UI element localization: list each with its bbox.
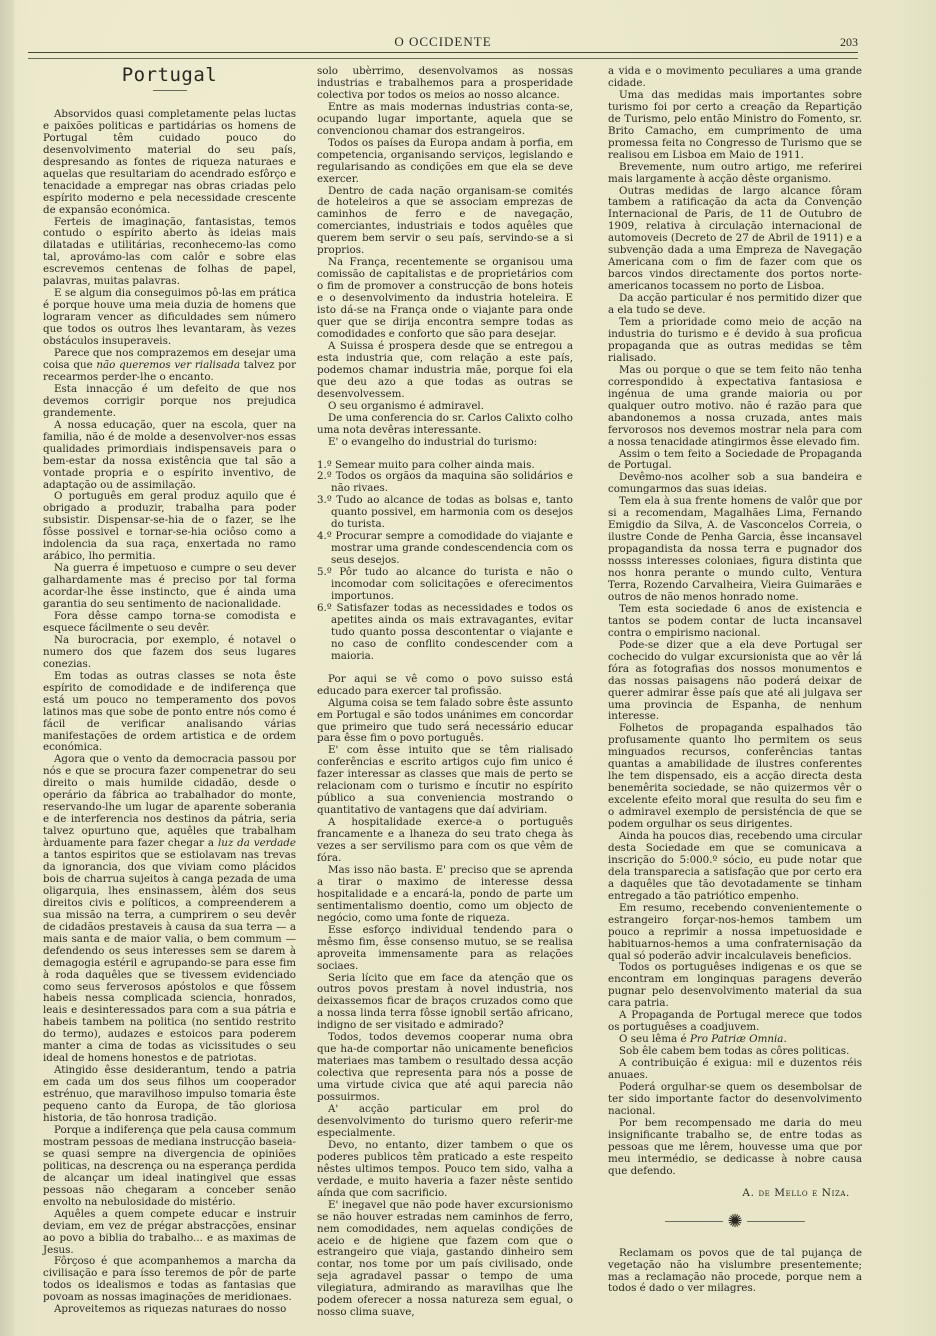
- paragraph: Dentro de cada nação organisam-se comité…: [317, 186, 573, 258]
- next-article-paragraph: Reclamam os povos que de tal pujança de …: [608, 1248, 862, 1296]
- paragraph: Fora dêsse campo torna-se comodista e es…: [43, 611, 296, 635]
- paragraph: Na burocracia, por exemplo, é notavel o …: [43, 635, 296, 671]
- paragraph: Na França, recentemente se organisou uma…: [317, 257, 573, 341]
- list-text: Semear muito para colher ainda mais.: [335, 459, 535, 471]
- paragraph: A nossa educação, quer na escola, quer n…: [43, 420, 296, 492]
- paragraph: Mas isso não basta. E' preciso que se ap…: [317, 865, 573, 925]
- header-double-rule: [28, 52, 858, 59]
- list-number: 3.º: [317, 495, 332, 507]
- motto: Pro Patriæ Omnia.: [690, 1033, 787, 1045]
- paragraph: Todos, todos devemos cooperar numa obra …: [317, 1032, 573, 1104]
- paragraph: Aquêles a quem compete educar e instruir…: [43, 1209, 296, 1257]
- paragraph: Em resumo, recebendo convenientemente o …: [608, 903, 862, 963]
- paragraph: A contribuição é exigua: mil e duzentos …: [608, 1058, 862, 1082]
- paragraph: Em todas as outras classes se nota êste …: [43, 671, 296, 755]
- paragraph: Poderá orgulhar-se quem os desembolsar d…: [608, 1082, 862, 1118]
- paragraph: Folhetos de propaganda espalhados tão pr…: [608, 723, 862, 831]
- paragraph: Entre as mais modernas industrias conta-…: [317, 102, 573, 138]
- paragraph: Na guerra é impetuoso e cumpre o seu dev…: [43, 563, 296, 611]
- paragraph: Aproveitemos as riquezas naturaes do nos…: [43, 1304, 296, 1316]
- paragraph: Parece que nos comprazemos em desejar um…: [43, 348, 296, 384]
- paragraph: O seu organismo é admiravel.: [317, 401, 573, 413]
- column-2: solo ubèrrimo, desenvolvamos as nossas i…: [317, 66, 573, 1319]
- paragraph: Ferteis de imaginação, fantasistas, temo…: [43, 217, 296, 289]
- paragraph: Devo, no entanto, dizer tambem o que os …: [317, 1140, 573, 1200]
- text-run: a tantos espiritos que se estiolavam nas…: [43, 849, 296, 1064]
- column-3: a vida e o movimento peculiares a uma gr…: [608, 66, 862, 1295]
- list-number: 2.º: [317, 471, 332, 483]
- italic-phrase: luz da verdade: [218, 837, 296, 849]
- paragraph: Agora que o vento da democracia passou p…: [43, 754, 296, 1065]
- paragraph: Brevemente, num outro artigo, me referir…: [608, 162, 862, 186]
- list-text: Satisfazer todas as necessidades e todos…: [331, 602, 573, 662]
- list-number: 5.º: [317, 567, 332, 579]
- paragraph: A Suissa é prospera desde que se entrego…: [317, 341, 573, 401]
- section-divider: ✺: [665, 1210, 805, 1234]
- paragraph: Alguma coisa se tem falado sobre êste as…: [317, 698, 573, 746]
- paragraph: Tem ela à sua frente homens de valôr que…: [608, 496, 862, 604]
- star-ornament-icon: ✺: [723, 1210, 747, 1234]
- list-item: 6.º Satisfazer todas as necessidades e t…: [317, 603, 573, 663]
- list-item: 5.º Pôr tudo ao alcance do turista e não…: [317, 567, 573, 603]
- page-gutter-edge: [0, 0, 14, 1336]
- paragraph: Mas ou porque o que se tem feito não ten…: [608, 365, 862, 449]
- text-run: Agora que o vento da democracia passou p…: [43, 753, 296, 849]
- paragraph: Todos os portuguêses indigenas e os que …: [608, 962, 862, 1010]
- paragraph: Tem a prioridade como meio de acção na i…: [608, 317, 862, 365]
- paragraph: O português em geral produz aquilo que é…: [43, 491, 296, 563]
- list-item: 4.º Procurar sempre a comodidade do viaj…: [317, 531, 573, 567]
- list-item: 2.º Todos os orgãos da maquina são solid…: [317, 471, 573, 495]
- paragraph: E' inegavel que não pode haver excursion…: [317, 1200, 573, 1320]
- paragraph: Atingido êsse desiderantum, tendo a patr…: [43, 1065, 296, 1125]
- paragraph: Ainda ha poucos dias, recebendo uma circ…: [608, 831, 862, 903]
- paragraph: Seria lícito que em face da atenção que …: [317, 973, 573, 1033]
- paragraph: Uma das medidas mais importantes sobre t…: [608, 90, 862, 162]
- list-number: 6.º: [317, 603, 332, 615]
- column-1: Portugal Absorvidos quasi completamente …: [43, 66, 296, 1316]
- author-signature: A. de Mello e Niza.: [608, 1188, 862, 1200]
- paragraph: Por aqui se vê como o povo suisso está e…: [317, 674, 573, 698]
- paragraph: solo ubèrrimo, desenvolvamos as nossas i…: [317, 66, 573, 102]
- paragraph: E' o evangelho do industrial do turismo:: [317, 437, 573, 449]
- page-number: 203: [840, 35, 858, 50]
- article-title: Portugal: [43, 70, 296, 82]
- paragraph: Outras medidas de largo alcance fôram ta…: [608, 186, 862, 294]
- paragraph: Da acção particular é nos permitido dize…: [608, 293, 862, 317]
- newspaper-page: O OCCIDENTE 203 Portugal Absorvidos quas…: [0, 0, 936, 1336]
- paragraph: Pode-se dizer que a ela deve Portugal se…: [608, 640, 862, 724]
- running-title: O OCCIDENTE: [28, 34, 858, 50]
- paragraph: Porque a indiferença que pela causa comm…: [43, 1125, 296, 1209]
- paragraph: A Propaganda de Portugal merece que todo…: [608, 1010, 862, 1034]
- paragraph: A hospitalidade exerce-a o português fra…: [317, 817, 573, 865]
- paragraph: a vida e o movimento peculiares a uma gr…: [608, 66, 862, 90]
- paragraph: Esta innacção é um defeito de que nos de…: [43, 384, 296, 420]
- paragraph: A' acção particular em prol do desenvolv…: [317, 1104, 573, 1140]
- paragraph: E se algum dia conseguimos pô-las em prá…: [43, 288, 296, 348]
- page-header: O OCCIDENTE 203: [28, 30, 858, 52]
- paragraph: Por bem recompensado me daria do meu ins…: [608, 1118, 862, 1178]
- paragraph: Devêmo-nos acolher sob a sua bandeira e …: [608, 472, 862, 496]
- text-run: O seu lêma é: [619, 1033, 690, 1045]
- list-text: Todos os orgãos da maquina são solidário…: [331, 470, 573, 494]
- italic-phrase: não queremos ver rialisada: [96, 359, 240, 371]
- paragraph: Assim o tem feito a Sociedade de Propaga…: [608, 449, 862, 473]
- paragraph: De uma conferencia do sr. Carlos Calixto…: [317, 413, 573, 437]
- paragraph: Absorvidos quasi completamente pelas luc…: [43, 109, 296, 217]
- paragraph: Fôrçoso é que acompanhemos a marcha da c…: [43, 1256, 296, 1304]
- paragraph: E' com êsse intuito que se têm rialisado…: [317, 745, 573, 817]
- title-rule: [153, 90, 187, 91]
- paragraph: Todos os países da Europa andam à porfia…: [317, 138, 573, 186]
- list-text: Pôr tudo ao alcance do turista e não o i…: [331, 566, 573, 602]
- list-item: 3.º Tudo ao alcance de todas as bolsas e…: [317, 495, 573, 531]
- list-text: Procurar sempre a comodidade do viajante…: [331, 530, 573, 566]
- paragraph: Esse esforço individual tendendo para o …: [317, 925, 573, 973]
- list-text: Tudo ao alcance de todas as bolsas e, ta…: [331, 494, 573, 530]
- paragraph: Tem esta sociedade 6 anos de existencia …: [608, 604, 862, 640]
- tourism-gospel-list: 1.º Semear muito para colher ainda mais.…: [317, 460, 573, 663]
- list-number: 4.º: [317, 531, 332, 543]
